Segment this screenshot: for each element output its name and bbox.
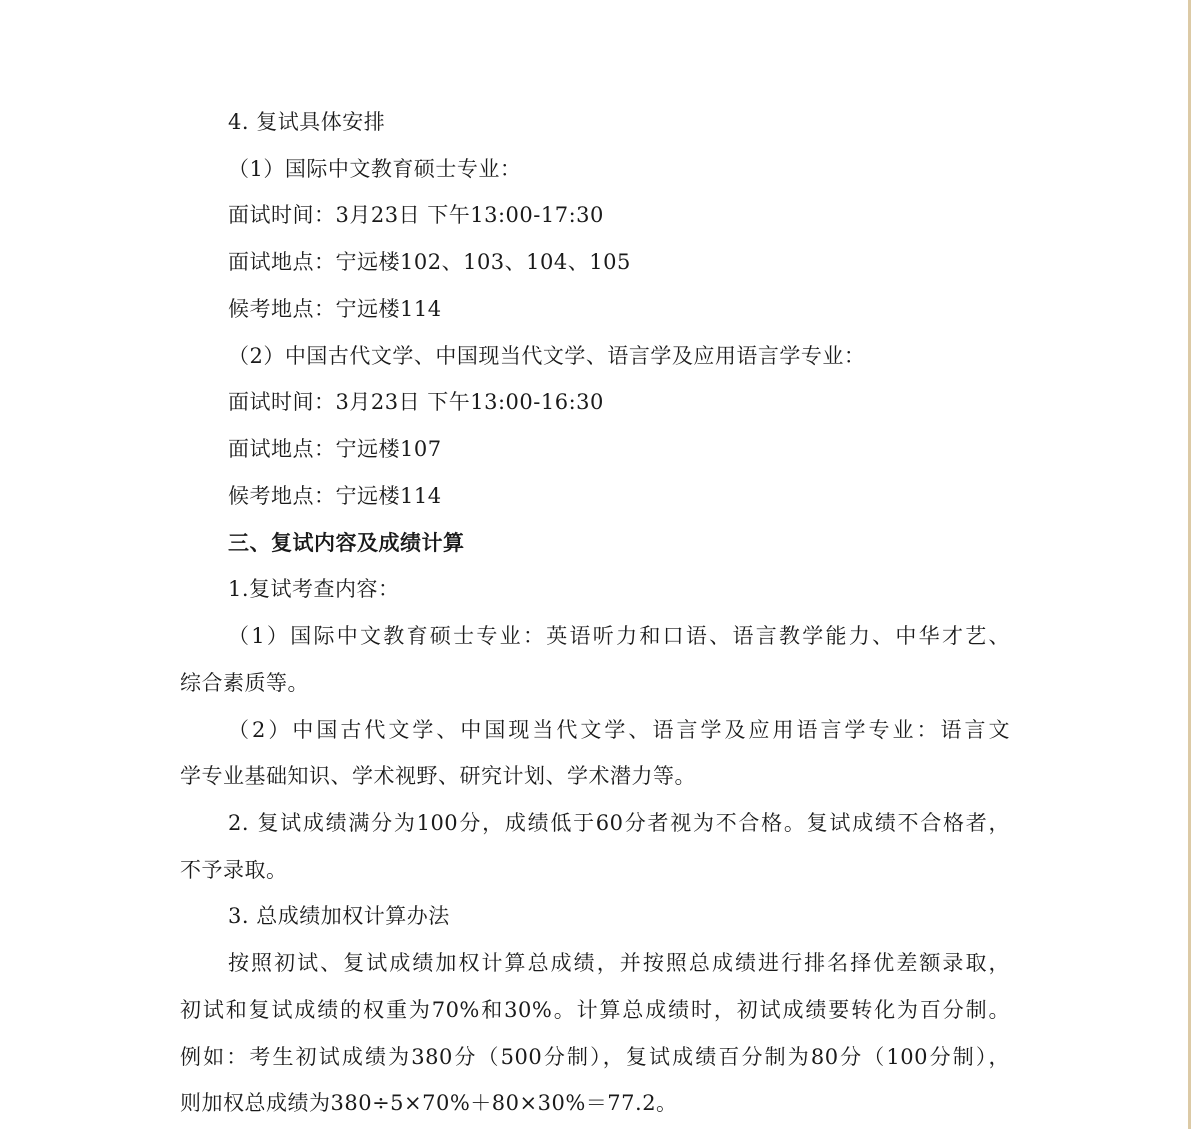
weighting-line-4: 则加权总成绩为380÷5×70%＋80×30%＝77.2。 <box>180 1089 678 1117</box>
interview-location-1: 面试地点：宁远楼102、103、104、105 <box>228 248 631 276</box>
waiting-location-1: 候考地点：宁远楼114 <box>228 295 442 323</box>
weighting-line-2: 初试和复试成绩的权重为70%和30%。计算总成绩时，初试成绩要转化为百分制。 <box>180 996 1010 1024</box>
waiting-location-2: 候考地点：宁远楼114 <box>228 482 442 510</box>
interview-time-2: 面试时间：3月23日 下午13:00-16:30 <box>228 388 604 416</box>
section-heading-4: 4. 复试具体安排 <box>228 108 385 136</box>
content-item-2-line-1: （2）中国古代文学、中国现当代文学、语言学及应用语言学专业：语言文 <box>228 716 1010 744</box>
weighting-line-3: 例如：考生初试成绩为380分（500分制），复试成绩百分制为80分（100分制）… <box>180 1043 1010 1071</box>
content-item-1-line-1: （1）国际中文教育硕士专业：英语听力和口语、语言教学能力、中华才艺、 <box>228 622 1010 650</box>
section-heading-3: 三、复试内容及成绩计算 <box>228 529 465 557</box>
sub-heading-2: （2）中国古代文学、中国现当代文学、语言学及应用语言学专业： <box>228 342 865 370</box>
content-item-2-line-2: 学专业基础知识、学术视野、研究计划、学术潜力等。 <box>180 762 696 790</box>
score-rule-line-2: 不予录取。 <box>180 856 288 884</box>
interview-location-2: 面试地点：宁远楼107 <box>228 435 442 463</box>
weighting-heading: 3. 总成绩加权计算办法 <box>228 902 450 930</box>
interview-time-1: 面试时间：3月23日 下午13:00-17:30 <box>228 201 604 229</box>
score-rule-line-1: 2. 复试成绩满分为100分，成绩低于60分者视为不合格。复试成绩不合格者， <box>228 809 1010 837</box>
content-item-1-line-2: 综合素质等。 <box>180 669 309 697</box>
content-heading-1: 1.复试考查内容： <box>228 575 400 603</box>
weighting-line-1: 按照初试、复试成绩加权计算总成绩，并按照总成绩进行排名择优差额录取， <box>228 949 1010 977</box>
sub-heading-1: （1）国际中文教育硕士专业： <box>228 155 521 183</box>
